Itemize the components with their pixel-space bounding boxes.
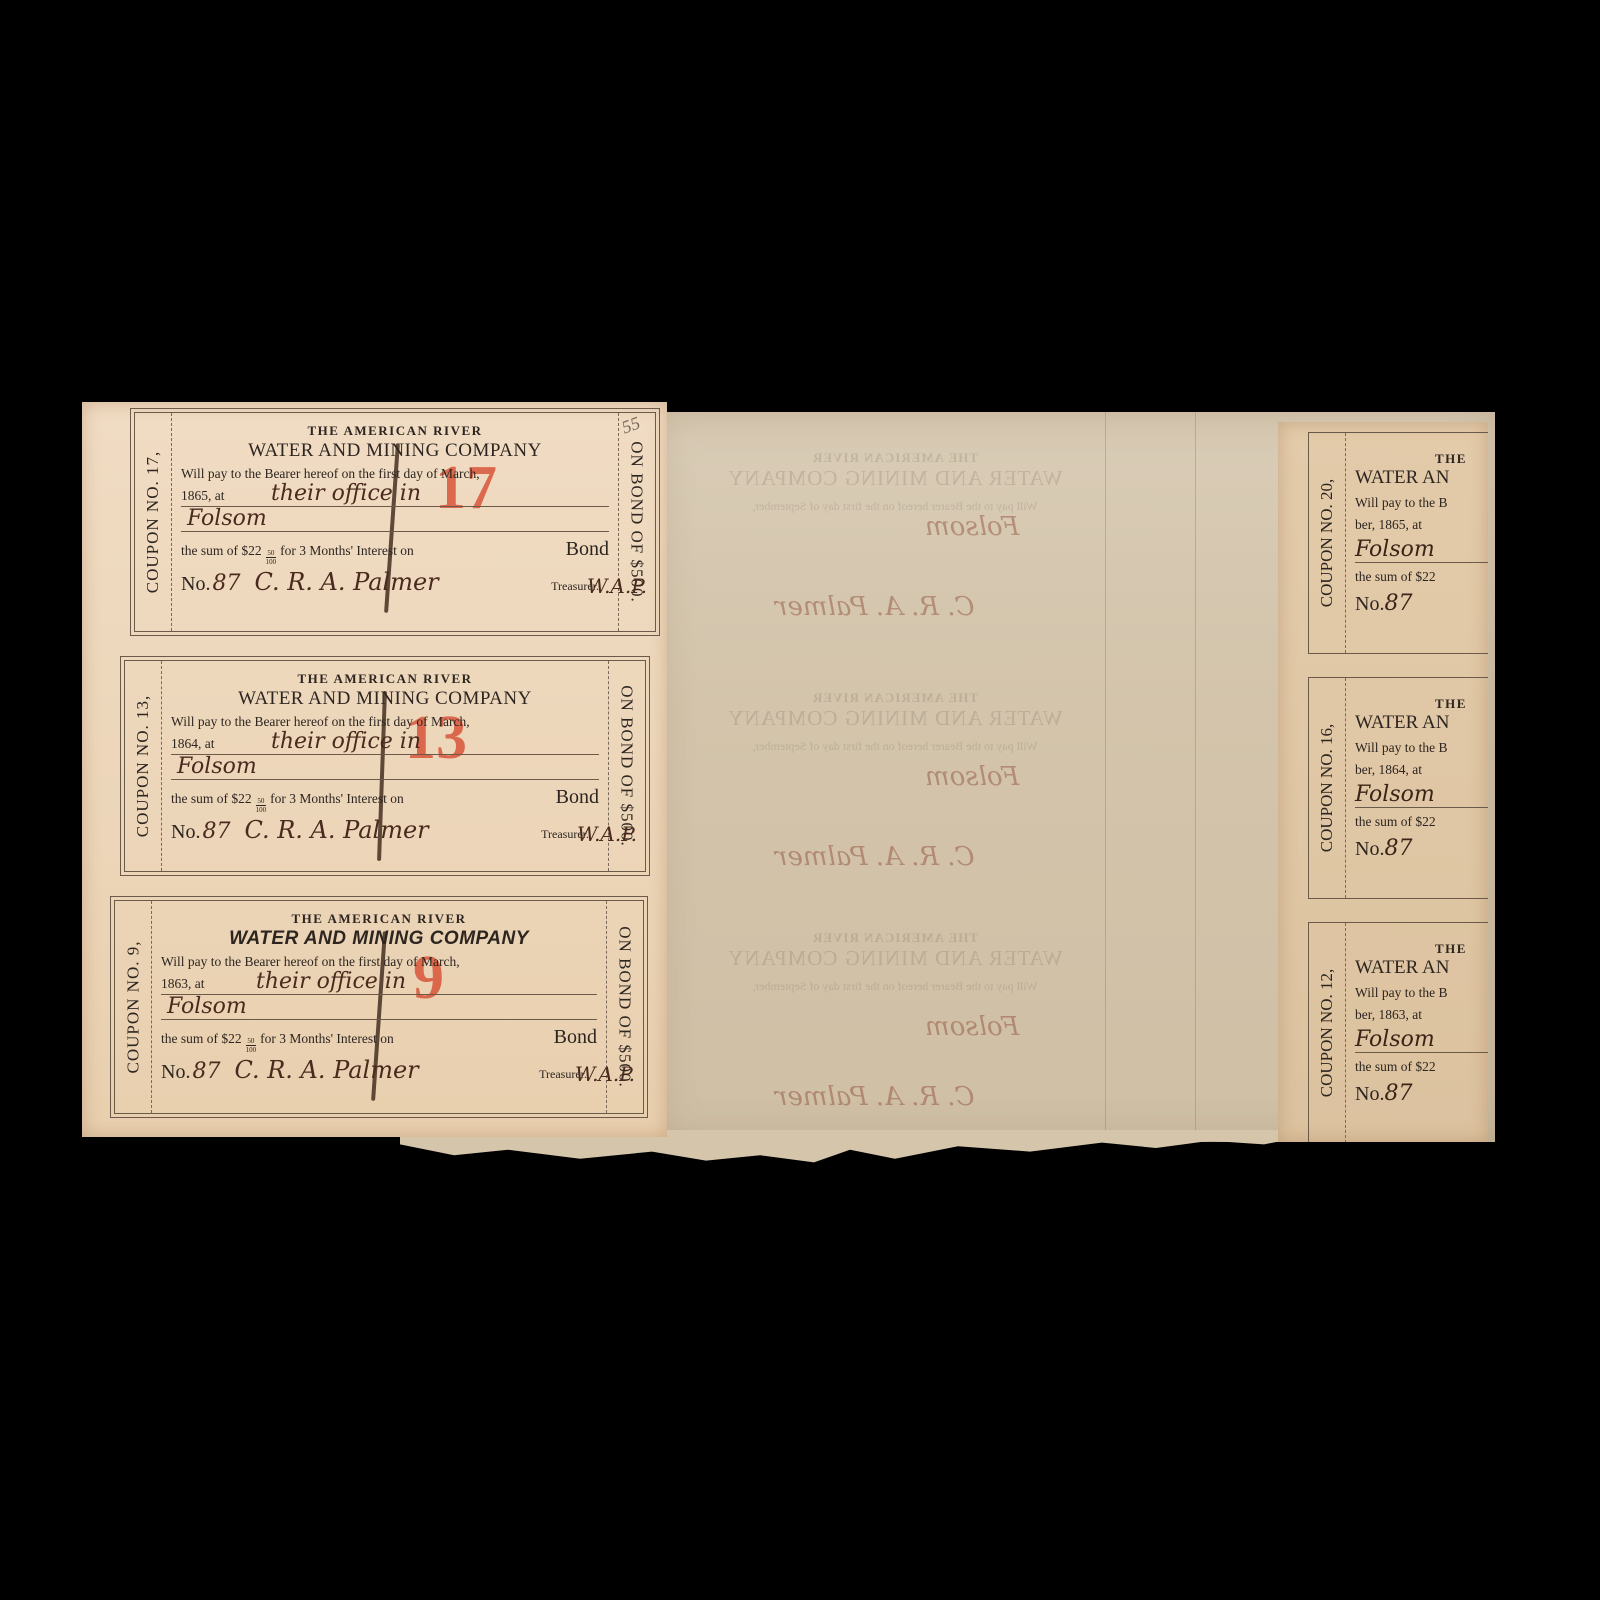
ink-bleed-text: C. R. A. Palmer: [775, 842, 975, 872]
sum-description: for 3 Months' Interest on: [280, 543, 414, 559]
company-name-main: WATER AND MINING COMPANY: [181, 440, 609, 462]
coupon-body: THE AMERICAN RIVER WATER AND MINING COMP…: [161, 911, 597, 1107]
payment-year: 1865, at: [181, 488, 225, 504]
coupon-body: THE WATER AN Will pay to the B ber, 1865…: [1355, 451, 1488, 616]
company-name-top: THE: [1435, 941, 1488, 957]
promise-text: Will pay to the Bearer hereof on the fir…: [181, 466, 609, 482]
handwritten-town: Folsom: [167, 994, 247, 1019]
sum-line: the sum of $22 50100 for 3 Months' Inter…: [161, 1026, 597, 1054]
payment-place-line-1: 1863, at their office in: [161, 972, 597, 995]
bond-number: 87: [212, 571, 240, 596]
handwritten-place: their office in: [271, 729, 421, 754]
sum-amount: the sum of $22: [1355, 1059, 1488, 1075]
sum-description: for 3 Months' Interest on: [270, 791, 404, 807]
promise-text: Will pay to the B: [1355, 495, 1488, 511]
company-name-main: WATER AN: [1355, 712, 1488, 734]
bond-number: 87: [192, 1059, 220, 1084]
company-name-top: THE: [1435, 696, 1488, 712]
payment-place-line-1: 1865, at their office in: [181, 484, 609, 507]
company-name-top: THE AMERICAN RIVER: [181, 423, 609, 439]
company-name-top: THE: [1435, 451, 1488, 467]
coupon-16: COUPON NO. 16, THE WATER AN Will pay to …: [1308, 677, 1488, 899]
number-label: No.: [171, 821, 200, 844]
treasurer-signature: C. R. A. Palmer: [234, 1056, 418, 1084]
coupon-number-label: COUPON NO. 12,: [1309, 923, 1346, 1142]
bond-number: 87: [1384, 591, 1412, 616]
payment-year: ber, 1865, at: [1355, 517, 1488, 533]
ghost-promise: Will pay to the Bearer hereof on the fir…: [685, 979, 1105, 994]
promise-text: Will pay to the Bearer hereof on the fir…: [161, 954, 597, 970]
payment-year: ber, 1864, at: [1355, 762, 1488, 778]
bond-word: Bond: [554, 1026, 597, 1049]
coupon-number-label: COUPON NO. 9,: [115, 901, 152, 1113]
ink-bleed-text: C. R. A. Palmer: [775, 1082, 975, 1112]
coupon-body: THE WATER AN Will pay to the B ber, 1863…: [1355, 941, 1488, 1106]
sum-amount: the sum of $22: [1355, 569, 1488, 585]
handwritten-place: their office in: [256, 969, 406, 994]
coupon-number-label: COUPON NO. 17,: [135, 413, 172, 631]
ink-bleed-text: Folsom: [925, 762, 1019, 792]
coupon-17: COUPON NO. 17, ON BOND OF $500. 17 THE A…: [134, 412, 656, 632]
sum-amount: the sum of $22: [161, 1031, 242, 1047]
payment-place-line-2: Folsom: [181, 509, 609, 532]
treasurer-signature: C. R. A. Palmer: [244, 816, 428, 844]
coupon-13: COUPON NO. 13, ON BOND OF $500. 13 THE A…: [124, 660, 646, 872]
bond-word: Bond: [566, 538, 609, 561]
company-name-main: WATER AN: [1355, 467, 1488, 489]
ghost-header-main: WATER AND MINING COMPANY: [685, 706, 1105, 731]
sum-amount: the sum of $22: [171, 791, 252, 807]
initials: W.A.P.: [575, 1062, 635, 1086]
payment-year: 1863, at: [161, 976, 205, 992]
coupon-body: THE AMERICAN RIVER WATER AND MINING COMP…: [171, 671, 599, 865]
sum-fraction: 50100: [246, 1037, 257, 1054]
sum-line: the sum of $22 50100 for 3 Months' Inter…: [181, 538, 609, 566]
sum-amount: the sum of $22: [1355, 814, 1488, 830]
number-label: No.: [161, 1061, 190, 1084]
left-coupon-strip: COUPON NO. 17, ON BOND OF $500. 17 THE A…: [82, 402, 667, 1137]
ink-bleed-text: C. R. A. Palmer: [775, 592, 975, 622]
ghost-header-top: THE AMERICAN RIVER: [685, 450, 1105, 466]
right-coupon-strip: COUPON NO. 20, THE WATER AN Will pay to …: [1278, 422, 1488, 1142]
payment-year: ber, 1863, at: [1355, 1007, 1488, 1023]
coupon-9: COUPON NO. 9, ON BOND OF $500. 9 THE AME…: [114, 900, 644, 1114]
number-label: No.: [181, 573, 210, 596]
coupon-number-label: COUPON NO. 13,: [125, 661, 162, 871]
initials: W.A.P.: [587, 574, 647, 598]
handwritten-town: Folsom: [1355, 1027, 1488, 1053]
ghost-header-top: THE AMERICAN RIVER: [685, 930, 1105, 946]
coupon-12: COUPON NO. 12, THE WATER AN Will pay to …: [1308, 922, 1488, 1142]
payment-place-line-1: 1864, at their office in: [171, 732, 599, 755]
company-name-main: WATER AN: [1355, 957, 1488, 979]
company-name-main: WATER AND MINING COMPANY: [161, 928, 597, 950]
ghost-promise: Will pay to the Bearer hereof on the fir…: [685, 499, 1105, 514]
bond-number-line: No. 87 C. R. A. Palmer Treasurer. W.A.P.: [181, 568, 609, 596]
treasurer-signature: C. R. A. Palmer: [254, 568, 438, 596]
handwritten-town: Folsom: [1355, 782, 1488, 808]
fold-line: [1195, 412, 1196, 1142]
bond-number-line: No.87: [1355, 591, 1488, 616]
bond-number-line: No. 87 C. R. A. Palmer Treasurer. W.A.P.: [171, 816, 599, 844]
ghost-header-top: THE AMERICAN RIVER: [685, 690, 1105, 706]
sum-fraction: 50100: [266, 549, 277, 566]
company-name-top: THE AMERICAN RIVER: [171, 671, 599, 687]
sum-description: for 3 Months' Interest on: [260, 1031, 394, 1047]
sum-fraction: 50100: [256, 797, 267, 814]
ghost-header-main: WATER AND MINING COMPANY: [685, 946, 1105, 971]
bond-word: Bond: [556, 786, 599, 809]
bond-value-label: ON BOND OF $500.: [618, 413, 655, 631]
ink-bleed-text: Folsom: [925, 512, 1019, 542]
initials: W.A.P.: [577, 822, 637, 846]
coupon-number-label: COUPON NO. 16,: [1309, 678, 1346, 898]
bond-number-line: No. 87 C. R. A. Palmer Treasurer. W.A.P.: [161, 1056, 597, 1084]
ghost-header-main: WATER AND MINING COMPANY: [685, 466, 1105, 491]
fold-line: [1105, 412, 1106, 1142]
promise-text: Will pay to the B: [1355, 740, 1488, 756]
company-name-main: WATER AND MINING COMPANY: [171, 688, 599, 710]
coupon-body: THE AMERICAN RIVER WATER AND MINING COMP…: [181, 423, 609, 625]
bond-number-line: No.87: [1355, 1081, 1488, 1106]
handwritten-place: their office in: [271, 481, 421, 506]
ghost-promise: Will pay to the Bearer hereof on the fir…: [685, 739, 1105, 754]
bond-number-line: No.87: [1355, 836, 1488, 861]
ink-bleed-text: Folsom: [925, 1012, 1019, 1042]
handwritten-town: Folsom: [187, 506, 267, 531]
payment-place-line-2: Folsom: [161, 997, 597, 1020]
payment-year: 1864, at: [171, 736, 215, 752]
handwritten-town: Folsom: [177, 754, 257, 779]
payment-place-line-2: Folsom: [171, 757, 599, 780]
sum-line: the sum of $22 50100 for 3 Months' Inter…: [171, 786, 599, 814]
bond-number: 87: [202, 819, 230, 844]
promise-text: Will pay to the B: [1355, 985, 1488, 1001]
coupon-20: COUPON NO. 20, THE WATER AN Will pay to …: [1308, 432, 1488, 654]
promise-text: Will pay to the Bearer hereof on the fir…: [171, 714, 599, 730]
handwritten-town: Folsom: [1355, 537, 1488, 563]
bond-number: 87: [1384, 1081, 1412, 1106]
sum-amount: the sum of $22: [181, 543, 262, 559]
bond-number: 87: [1384, 836, 1412, 861]
coupon-number-label: COUPON NO. 20,: [1309, 433, 1346, 653]
company-name-top: THE AMERICAN RIVER: [161, 911, 597, 927]
coupon-body: THE WATER AN Will pay to the B ber, 1864…: [1355, 696, 1488, 861]
